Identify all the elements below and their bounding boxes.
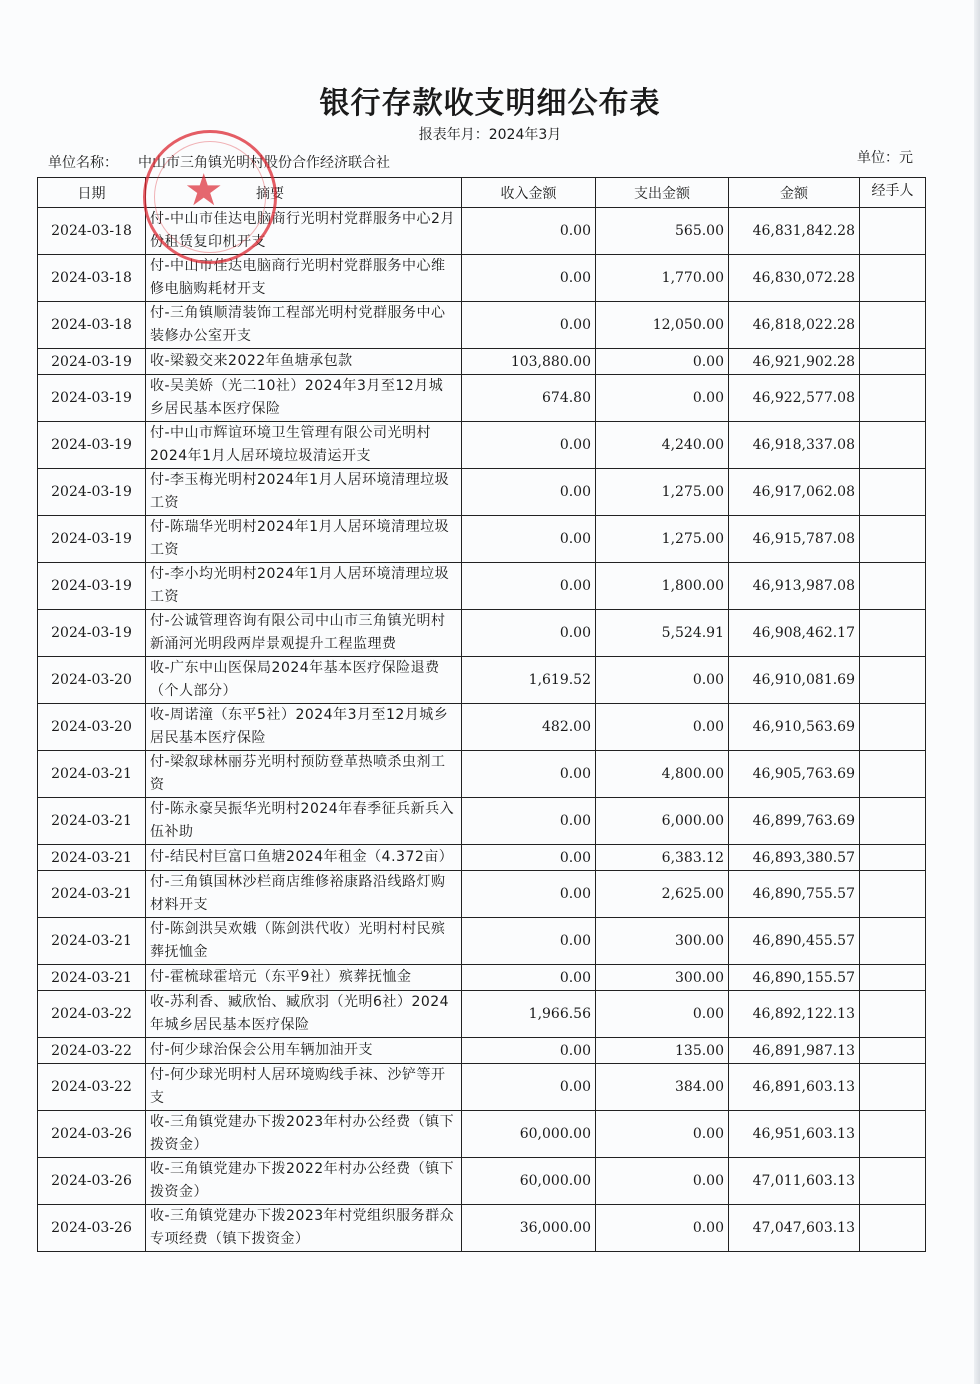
income-cell: 0.00: [462, 469, 596, 516]
description-cell: 付-何少球光明村人居环境购线手袜、沙铲等开支: [146, 1064, 462, 1111]
handler-cell: [860, 349, 926, 375]
date-cell: 2024-03-22: [38, 1038, 146, 1064]
handler-cell: [860, 255, 926, 302]
table-row: 2024-03-21付-陈永豪吴振华光明村2024年春季征兵新兵入伍补助0.00…: [38, 798, 926, 845]
expense-cell: 0.00: [596, 1111, 729, 1158]
report-month: 报表年月：2024年3月: [0, 124, 980, 144]
handler-cell: [860, 302, 926, 349]
handler-cell: [860, 657, 926, 704]
date-cell: 2024-03-19: [38, 422, 146, 469]
balance-cell: 46,818,022.28: [729, 302, 860, 349]
expense-cell: 0.00: [596, 704, 729, 751]
expense-cell: 0.00: [596, 991, 729, 1038]
date-cell: 2024-03-18: [38, 208, 146, 255]
table-row: 2024-03-20收-广东中山医保局2024年基本医疗保险退费（个人部分）1,…: [38, 657, 926, 704]
table-row: 2024-03-21付-霍梳球霍培元（东平9社）殡葬抚恤金0.00300.004…: [38, 965, 926, 991]
ledger-body: 2024-03-18付-中山市佳达电脑商行光明村党群服务中心2月份租赁复印机开支…: [38, 208, 926, 1252]
table-header-row: 日期 摘要 收入金额 支出金额 金额 经手人: [38, 178, 926, 208]
handler-cell: [860, 516, 926, 563]
expense-cell: 12,050.00: [596, 302, 729, 349]
table-row: 2024-03-26收-三角镇党建办下拨2022年村办公经费（镇下拨资金）60,…: [38, 1158, 926, 1205]
expense-cell: 0.00: [596, 375, 729, 422]
expense-cell: 0.00: [596, 349, 729, 375]
date-cell: 2024-03-20: [38, 704, 146, 751]
description-cell: 付-陈剑洪吴欢娥（陈剑洪代收）光明村村民殡葬抚恤金: [146, 918, 462, 965]
expense-cell: 1,800.00: [596, 563, 729, 610]
balance-cell: 46,922,577.08: [729, 375, 860, 422]
table-row: 2024-03-18付-中山市佳达电脑商行光明村党群服务中心维修电脑购耗材开支0…: [38, 255, 926, 302]
balance-cell: 46,910,081.69: [729, 657, 860, 704]
table-row: 2024-03-22付-何少球光明村人居环境购线手袜、沙铲等开支0.00384.…: [38, 1064, 926, 1111]
description-cell: 付-陈瑞华光明村2024年1月人居环境清理垃圾工资: [146, 516, 462, 563]
description-cell: 收-广东中山医保局2024年基本医疗保险退费（个人部分）: [146, 657, 462, 704]
description-cell: 收-三角镇党建办下拨2023年村党组织服务群众专项经费（镇下拨资金）: [146, 1205, 462, 1252]
handler-cell: [860, 1158, 926, 1205]
table-row: 2024-03-22收-苏利香、臧欣怡、臧欣羽（光明6社）2024年城乡居民基本…: [38, 991, 926, 1038]
handler-cell: [860, 422, 926, 469]
description-cell: 收-三角镇党建办下拨2023年村办公经费（镇下拨资金）: [146, 1111, 462, 1158]
balance-cell: 46,917,062.08: [729, 469, 860, 516]
date-cell: 2024-03-26: [38, 1158, 146, 1205]
unit-name-value: 中山市三角镇光明村股份合作经济联合社: [138, 155, 390, 171]
date-cell: 2024-03-18: [38, 302, 146, 349]
balance-cell: 46,890,755.57: [729, 871, 860, 918]
handler-cell: [860, 751, 926, 798]
balance-cell: 46,921,902.28: [729, 349, 860, 375]
date-cell: 2024-03-21: [38, 965, 146, 991]
balance-cell: 46,891,987.13: [729, 1038, 860, 1064]
income-cell: 0.00: [462, 516, 596, 563]
handler-cell: [860, 563, 926, 610]
balance-cell: 46,892,122.13: [729, 991, 860, 1038]
balance-cell: 46,899,763.69: [729, 798, 860, 845]
date-cell: 2024-03-19: [38, 563, 146, 610]
description-cell: 付-陈永豪吴振华光明村2024年春季征兵新兵入伍补助: [146, 798, 462, 845]
table-row: 2024-03-26收-三角镇党建办下拨2023年村党组织服务群众专项经费（镇下…: [38, 1205, 926, 1252]
handler-cell: [860, 375, 926, 422]
expense-cell: 1,275.00: [596, 516, 729, 563]
table-row: 2024-03-21付-陈剑洪吴欢娥（陈剑洪代收）光明村村民殡葬抚恤金0.003…: [38, 918, 926, 965]
column-header-balance: 金额: [729, 178, 860, 208]
table-row: 2024-03-21付-结民村巨富口鱼塘2024年租金（4.372亩）0.006…: [38, 845, 926, 871]
date-cell: 2024-03-21: [38, 918, 146, 965]
income-cell: 482.00: [462, 704, 596, 751]
unit-name: 单位名称：中山市三角镇光明村股份合作经济联合社: [48, 152, 390, 172]
income-cell: 0.00: [462, 965, 596, 991]
balance-cell: 46,831,842.28: [729, 208, 860, 255]
date-cell: 2024-03-26: [38, 1205, 146, 1252]
expense-cell: 300.00: [596, 918, 729, 965]
balance-cell: 46,890,455.57: [729, 918, 860, 965]
description-cell: 收-三角镇党建办下拨2022年村办公经费（镇下拨资金）: [146, 1158, 462, 1205]
column-header-date: 日期: [38, 178, 146, 208]
balance-cell: 46,830,072.28: [729, 255, 860, 302]
income-cell: 0.00: [462, 422, 596, 469]
column-header-expense: 支出金额: [596, 178, 729, 208]
handler-cell: [860, 965, 926, 991]
handler-cell: [860, 1064, 926, 1111]
expense-cell: 0.00: [596, 1158, 729, 1205]
description-cell: 付-结民村巨富口鱼塘2024年租金（4.372亩）: [146, 845, 462, 871]
description-cell: 付-中山市佳达电脑商行光明村党群服务中心维修电脑购耗材开支: [146, 255, 462, 302]
handler-cell: [860, 845, 926, 871]
income-cell: 0.00: [462, 1038, 596, 1064]
date-cell: 2024-03-19: [38, 375, 146, 422]
balance-cell: 46,905,763.69: [729, 751, 860, 798]
table-row: 2024-03-19付-公诚管理咨询有限公司中山市三角镇光明村新涌河光明段两岸景…: [38, 610, 926, 657]
handler-cell: [860, 1038, 926, 1064]
description-cell: 付-公诚管理咨询有限公司中山市三角镇光明村新涌河光明段两岸景观提升工程监理费: [146, 610, 462, 657]
table-row: 2024-03-19付-中山市辉谊环境卫生管理有限公司光明村2024年1月人居环…: [38, 422, 926, 469]
income-cell: 0.00: [462, 1064, 596, 1111]
column-header-description: 摘要: [146, 178, 462, 208]
table-row: 2024-03-19付-李玉梅光明村2024年1月人居环境清理垃圾工资0.001…: [38, 469, 926, 516]
expense-cell: 135.00: [596, 1038, 729, 1064]
balance-cell: 46,913,987.08: [729, 563, 860, 610]
report-month-value: 2024年3月: [489, 127, 562, 143]
income-cell: 1,966.56: [462, 991, 596, 1038]
expense-cell: 1,275.00: [596, 469, 729, 516]
table-row: 2024-03-19付-陈瑞华光明村2024年1月人居环境清理垃圾工资0.001…: [38, 516, 926, 563]
handler-cell: [860, 469, 926, 516]
income-cell: 0.00: [462, 798, 596, 845]
income-cell: 60,000.00: [462, 1111, 596, 1158]
description-cell: 付-何少球治保会公用车辆加油开支: [146, 1038, 462, 1064]
balance-cell: 46,890,155.57: [729, 965, 860, 991]
balance-cell: 46,893,380.57: [729, 845, 860, 871]
expense-cell: 5,524.91: [596, 610, 729, 657]
expense-cell: 1,770.00: [596, 255, 729, 302]
handler-cell: [860, 871, 926, 918]
income-cell: 674.80: [462, 375, 596, 422]
date-cell: 2024-03-22: [38, 1064, 146, 1111]
page-edge: [974, 0, 980, 1384]
expense-cell: 565.00: [596, 208, 729, 255]
handler-cell: [860, 918, 926, 965]
balance-cell: 46,891,603.13: [729, 1064, 860, 1111]
handler-cell: [860, 1111, 926, 1158]
income-cell: 0.00: [462, 255, 596, 302]
page-title: 银行存款收支明细公布表: [0, 78, 980, 122]
description-cell: 收-梁毅交来2022年鱼塘承包款: [146, 349, 462, 375]
table-row: 2024-03-18付-中山市佳达电脑商行光明村党群服务中心2月份租赁复印机开支…: [38, 208, 926, 255]
handler-cell: [860, 208, 926, 255]
table-row: 2024-03-18付-三角镇顺清装饰工程部光明村党群服务中心装修办公室开支0.…: [38, 302, 926, 349]
table-row: 2024-03-22付-何少球治保会公用车辆加油开支0.00135.0046,8…: [38, 1038, 926, 1064]
handler-cell: [860, 991, 926, 1038]
handler-cell: [860, 1205, 926, 1252]
table-row: 2024-03-21付-梁叙球林丽芬光明村预防登革热喷杀虫剂工资0.004,80…: [38, 751, 926, 798]
table-row: 2024-03-20收-周诺潼（东平5社）2024年3月至12月城乡居民基本医疗…: [38, 704, 926, 751]
balance-cell: 46,951,603.13: [729, 1111, 860, 1158]
description-cell: 付-梁叙球林丽芬光明村预防登革热喷杀虫剂工资: [146, 751, 462, 798]
income-cell: 0.00: [462, 610, 596, 657]
date-cell: 2024-03-21: [38, 845, 146, 871]
description-cell: 收-苏利香、臧欣怡、臧欣羽（光明6社）2024年城乡居民基本医疗保险: [146, 991, 462, 1038]
income-cell: 0.00: [462, 302, 596, 349]
unit-name-label: 单位名称：: [48, 155, 118, 171]
income-cell: 60,000.00: [462, 1158, 596, 1205]
description-cell: 收-吴美娇（光二10社）2024年3月至12月城乡居民基本医疗保险: [146, 375, 462, 422]
date-cell: 2024-03-19: [38, 610, 146, 657]
description-cell: 付-三角镇顺清装饰工程部光明村党群服务中心装修办公室开支: [146, 302, 462, 349]
balance-cell: 46,908,462.17: [729, 610, 860, 657]
income-cell: 0.00: [462, 751, 596, 798]
description-cell: 付-霍梳球霍培元（东平9社）殡葬抚恤金: [146, 965, 462, 991]
date-cell: 2024-03-19: [38, 516, 146, 563]
currency-unit: 单位：元: [857, 147, 913, 167]
description-cell: 付-李小均光明村2024年1月人居环境清理垃圾工资: [146, 563, 462, 610]
table-row: 2024-03-21付-三角镇国林沙栏商店维修裕康路沿线路灯购材料开支0.002…: [38, 871, 926, 918]
income-cell: 1,619.52: [462, 657, 596, 704]
expense-cell: 384.00: [596, 1064, 729, 1111]
balance-cell: 47,047,603.13: [729, 1205, 860, 1252]
income-cell: 103,880.00: [462, 349, 596, 375]
income-cell: 0.00: [462, 563, 596, 610]
date-cell: 2024-03-19: [38, 469, 146, 516]
expense-cell: 4,800.00: [596, 751, 729, 798]
balance-cell: 47,011,603.13: [729, 1158, 860, 1205]
description-cell: 付-三角镇国林沙栏商店维修裕康路沿线路灯购材料开支: [146, 871, 462, 918]
description-cell: 付-中山市佳达电脑商行光明村党群服务中心2月份租赁复印机开支: [146, 208, 462, 255]
income-cell: 36,000.00: [462, 1205, 596, 1252]
income-cell: 0.00: [462, 918, 596, 965]
column-header-income: 收入金额: [462, 178, 596, 208]
expense-cell: 0.00: [596, 657, 729, 704]
date-cell: 2024-03-21: [38, 871, 146, 918]
handler-cell: [860, 704, 926, 751]
table-row: 2024-03-19收-梁毅交来2022年鱼塘承包款103,880.000.00…: [38, 349, 926, 375]
date-cell: 2024-03-18: [38, 255, 146, 302]
date-cell: 2024-03-26: [38, 1111, 146, 1158]
description-cell: 付-中山市辉谊环境卫生管理有限公司光明村2024年1月人居环境垃圾清运开支: [146, 422, 462, 469]
table-row: 2024-03-19收-吴美娇（光二10社）2024年3月至12月城乡居民基本医…: [38, 375, 926, 422]
table-row: 2024-03-26收-三角镇党建办下拨2023年村办公经费（镇下拨资金）60,…: [38, 1111, 926, 1158]
report-month-label: 报表年月：: [419, 127, 489, 143]
ledger-table: 日期 摘要 收入金额 支出金额 金额 经手人 2024-03-18付-中山市佳达…: [37, 177, 926, 1252]
expense-cell: 0.00: [596, 1205, 729, 1252]
expense-cell: 2,625.00: [596, 871, 729, 918]
income-cell: 0.00: [462, 208, 596, 255]
handler-cell: [860, 798, 926, 845]
column-header-handler: 经手人: [860, 178, 926, 208]
income-cell: 0.00: [462, 871, 596, 918]
date-cell: 2024-03-19: [38, 349, 146, 375]
expense-cell: 6,000.00: [596, 798, 729, 845]
expense-cell: 300.00: [596, 965, 729, 991]
balance-cell: 46,918,337.08: [729, 422, 860, 469]
date-cell: 2024-03-21: [38, 751, 146, 798]
income-cell: 0.00: [462, 845, 596, 871]
handler-cell: [860, 610, 926, 657]
expense-cell: 6,383.12: [596, 845, 729, 871]
balance-cell: 46,915,787.08: [729, 516, 860, 563]
table-row: 2024-03-19付-李小均光明村2024年1月人居环境清理垃圾工资0.001…: [38, 563, 926, 610]
description-cell: 收-周诺潼（东平5社）2024年3月至12月城乡居民基本医疗保险: [146, 704, 462, 751]
date-cell: 2024-03-20: [38, 657, 146, 704]
description-cell: 付-李玉梅光明村2024年1月人居环境清理垃圾工资: [146, 469, 462, 516]
date-cell: 2024-03-22: [38, 991, 146, 1038]
expense-cell: 4,240.00: [596, 422, 729, 469]
balance-cell: 46,910,563.69: [729, 704, 860, 751]
date-cell: 2024-03-21: [38, 798, 146, 845]
